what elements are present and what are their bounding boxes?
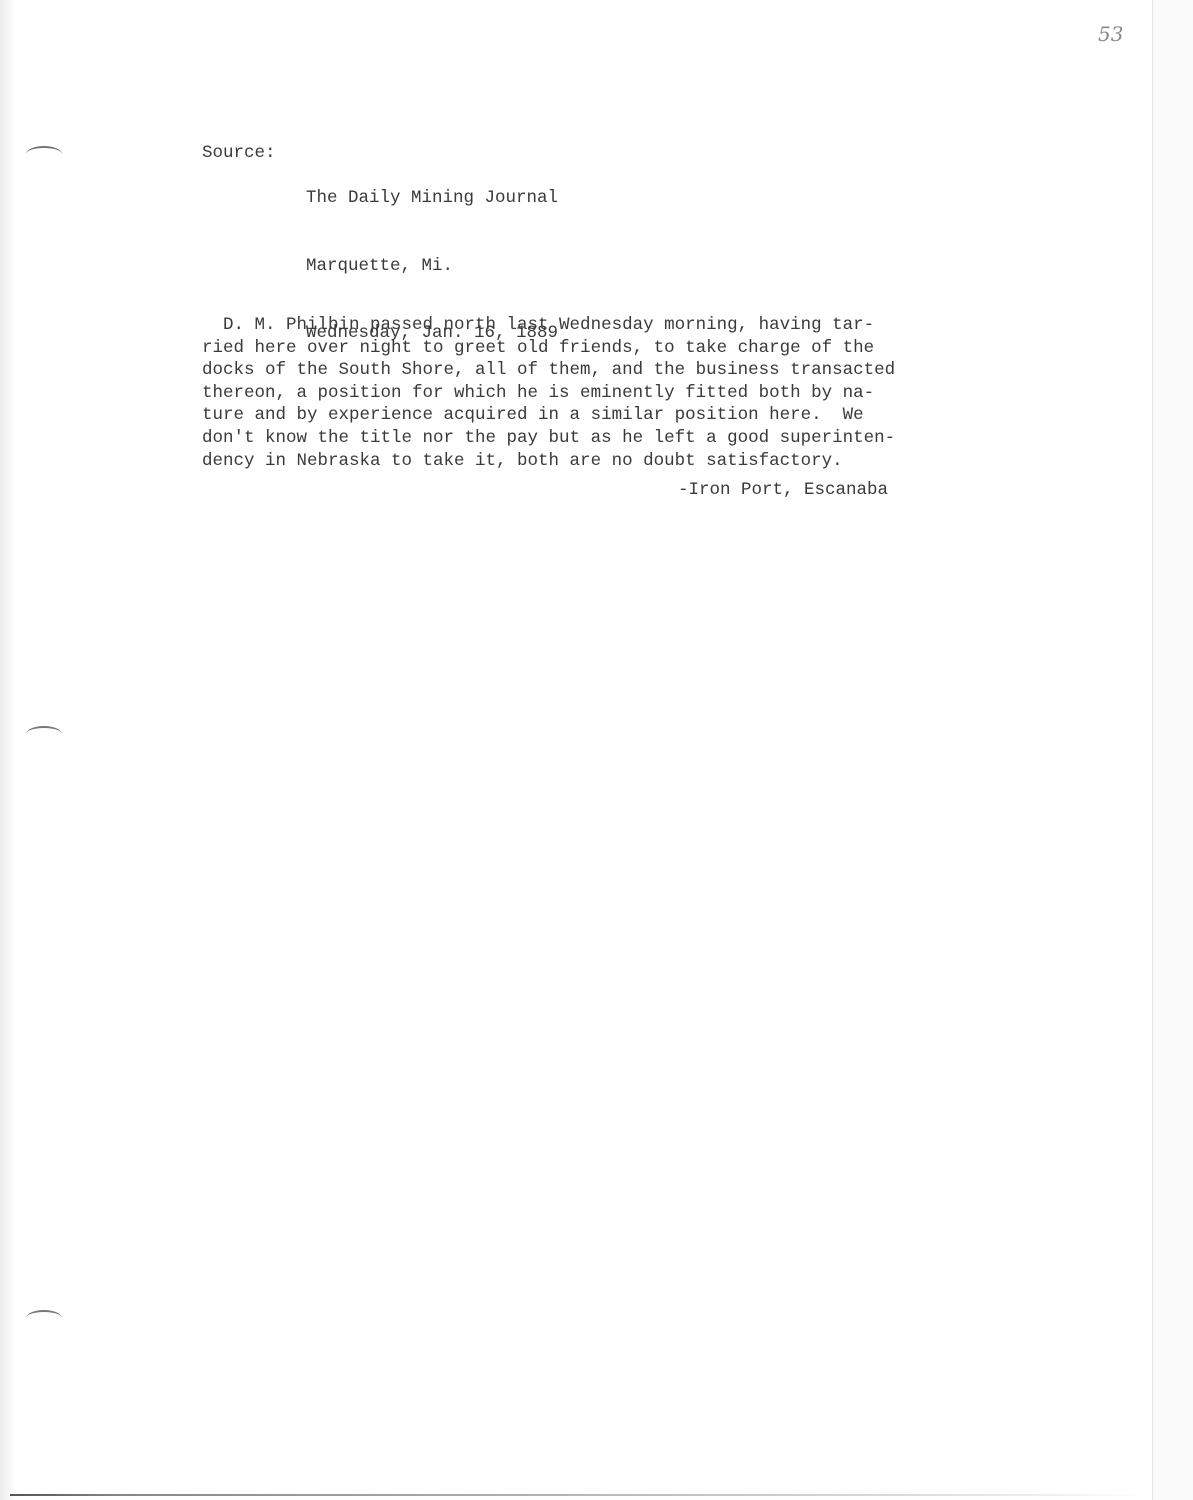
source-location: Marquette, Mi. bbox=[306, 255, 558, 278]
binder-hole-mark-top bbox=[26, 146, 62, 162]
scan-page-edge-left bbox=[0, 0, 16, 1500]
article-body: D. M. Philbin passed north last Wednesda… bbox=[202, 314, 982, 472]
scan-bottom-edge bbox=[10, 1494, 1150, 1496]
article-line: thereon, a position for which he is emin… bbox=[202, 382, 982, 405]
article-line: don't know the title nor the pay but as … bbox=[202, 427, 982, 450]
handwritten-page-number: 53 bbox=[1098, 22, 1123, 46]
article-line: D. M. Philbin passed north last Wednesda… bbox=[202, 314, 982, 337]
scan-page-margin-right bbox=[1153, 0, 1193, 1500]
article-attribution: -Iron Port, Escanaba bbox=[678, 480, 888, 500]
source-publication: The Daily Mining Journal bbox=[306, 187, 558, 210]
binder-hole-mark-bottom bbox=[26, 1310, 62, 1326]
article-line: docks of the South Shore, all of them, a… bbox=[202, 359, 982, 382]
source-citation: Source: The Daily Mining Journal Marquet… bbox=[202, 142, 223, 210]
article-line: dency in Nebraska to take it, both are n… bbox=[202, 450, 982, 473]
binder-hole-mark-middle bbox=[26, 726, 62, 742]
source-label: Source: bbox=[202, 142, 276, 165]
article-line: ried here over night to greet old friend… bbox=[202, 337, 982, 360]
article-line: ture and by experience acquired in a sim… bbox=[202, 404, 982, 427]
